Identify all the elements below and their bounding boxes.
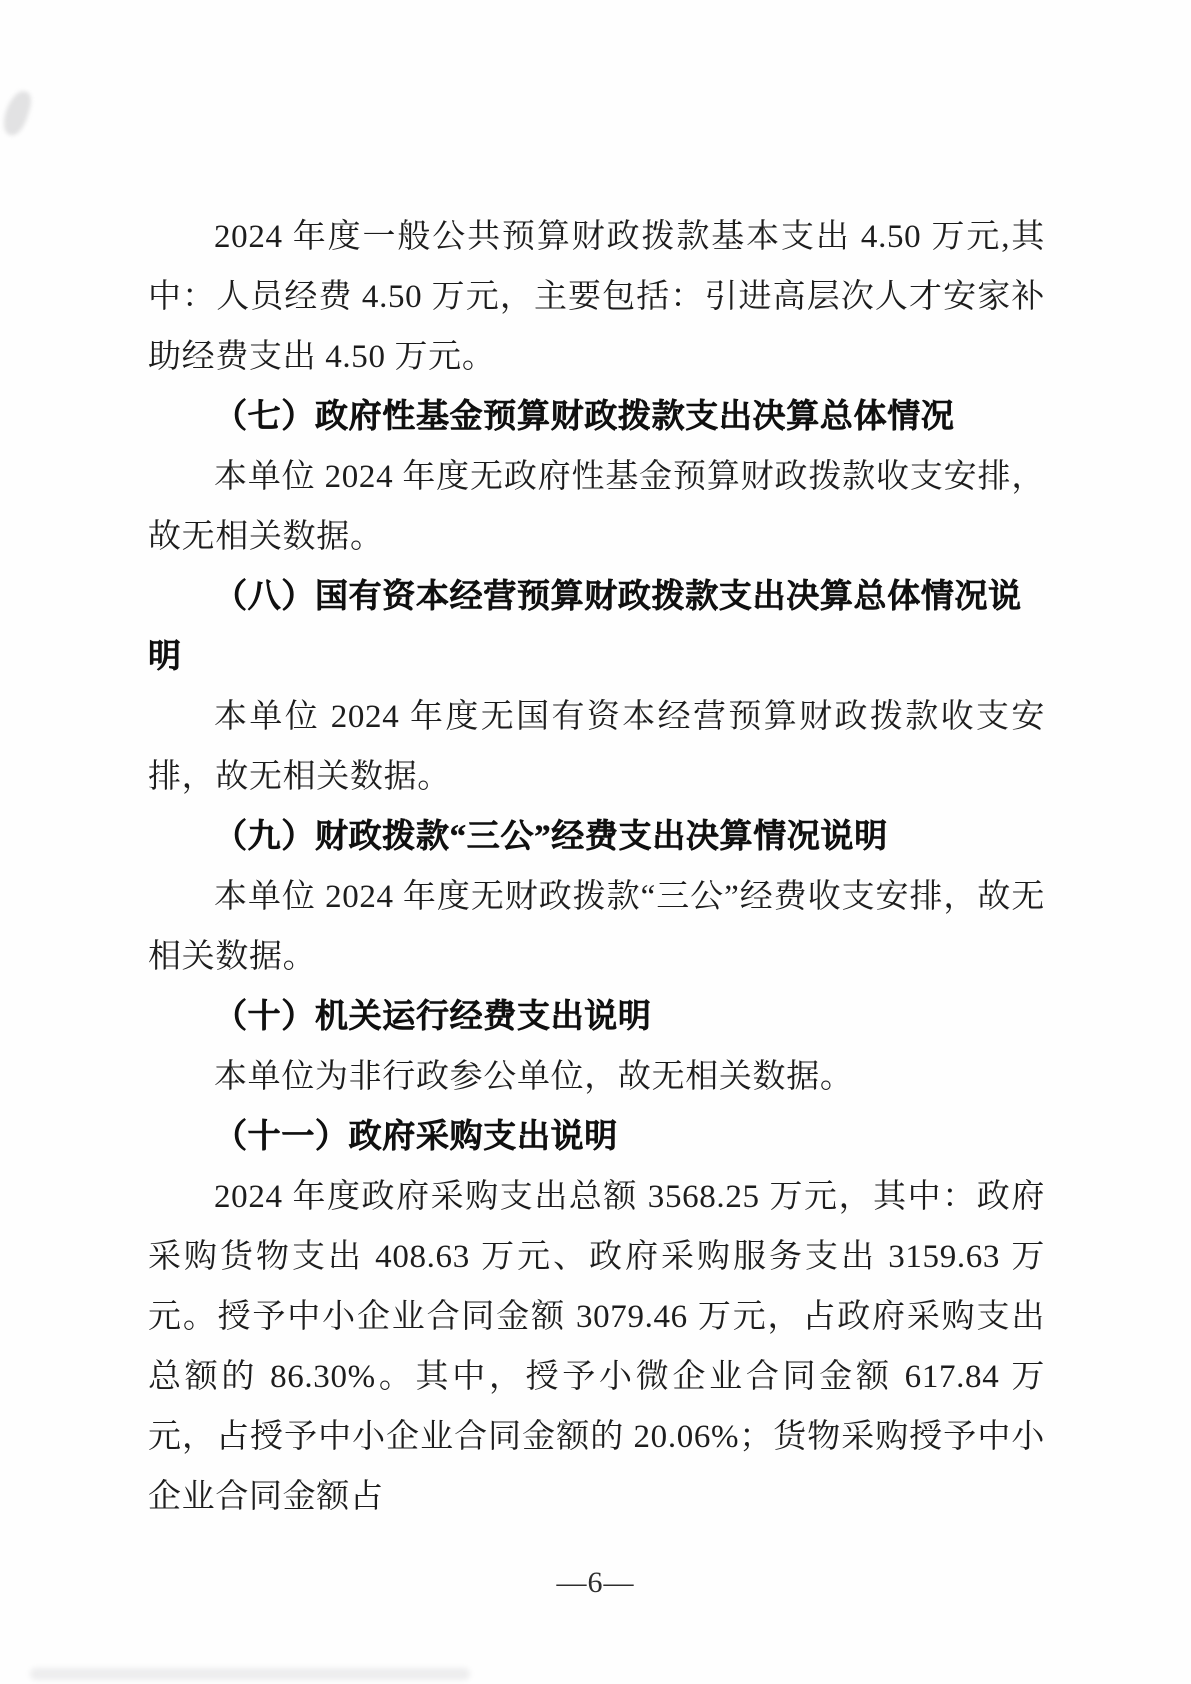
page-number: —6— (557, 1566, 635, 1599)
body-paragraph: 2024 年度一般公共预算财政拨款基本支出 4.50 万元,其中：人员经费 4.… (148, 207, 1045, 387)
page: 2024 年度一般公共预算财政拨款基本支出 4.50 万元,其中：人员经费 4.… (0, 0, 1191, 1684)
section-heading: （八）国有资本经营预算财政拨款支出决算总体情况说明 (148, 567, 1045, 687)
section-heading: （十）机关运行经费支出说明 (148, 987, 1045, 1047)
body-paragraph: 2024 年度政府采购支出总额 3568.25 万元，其中：政府采购货物支出 4… (148, 1167, 1045, 1527)
scan-artifact-top-left (0, 88, 35, 139)
document-body: 2024 年度一般公共预算财政拨款基本支出 4.50 万元,其中：人员经费 4.… (148, 207, 1045, 1527)
section-heading: （九）财政拨款“三公”经费支出决算情况说明 (148, 807, 1045, 867)
body-paragraph: 本单位为非行政参公单位，故无相关数据。 (148, 1047, 1045, 1107)
body-paragraph: 本单位 2024 年度无政府性基金预算财政拨款收支安排，故无相关数据。 (148, 447, 1045, 567)
scan-artifact-bottom (30, 1668, 470, 1680)
section-heading: （十一）政府采购支出说明 (148, 1107, 1045, 1167)
page-footer: —6— (0, 1562, 1191, 1604)
body-paragraph: 本单位 2024 年度无国有资本经营预算财政拨款收支安排，故无相关数据。 (148, 687, 1045, 807)
section-heading: （七）政府性基金预算财政拨款支出决算总体情况 (148, 387, 1045, 447)
body-paragraph: 本单位 2024 年度无财政拨款“三公”经费收支安排，故无相关数据。 (148, 867, 1045, 987)
